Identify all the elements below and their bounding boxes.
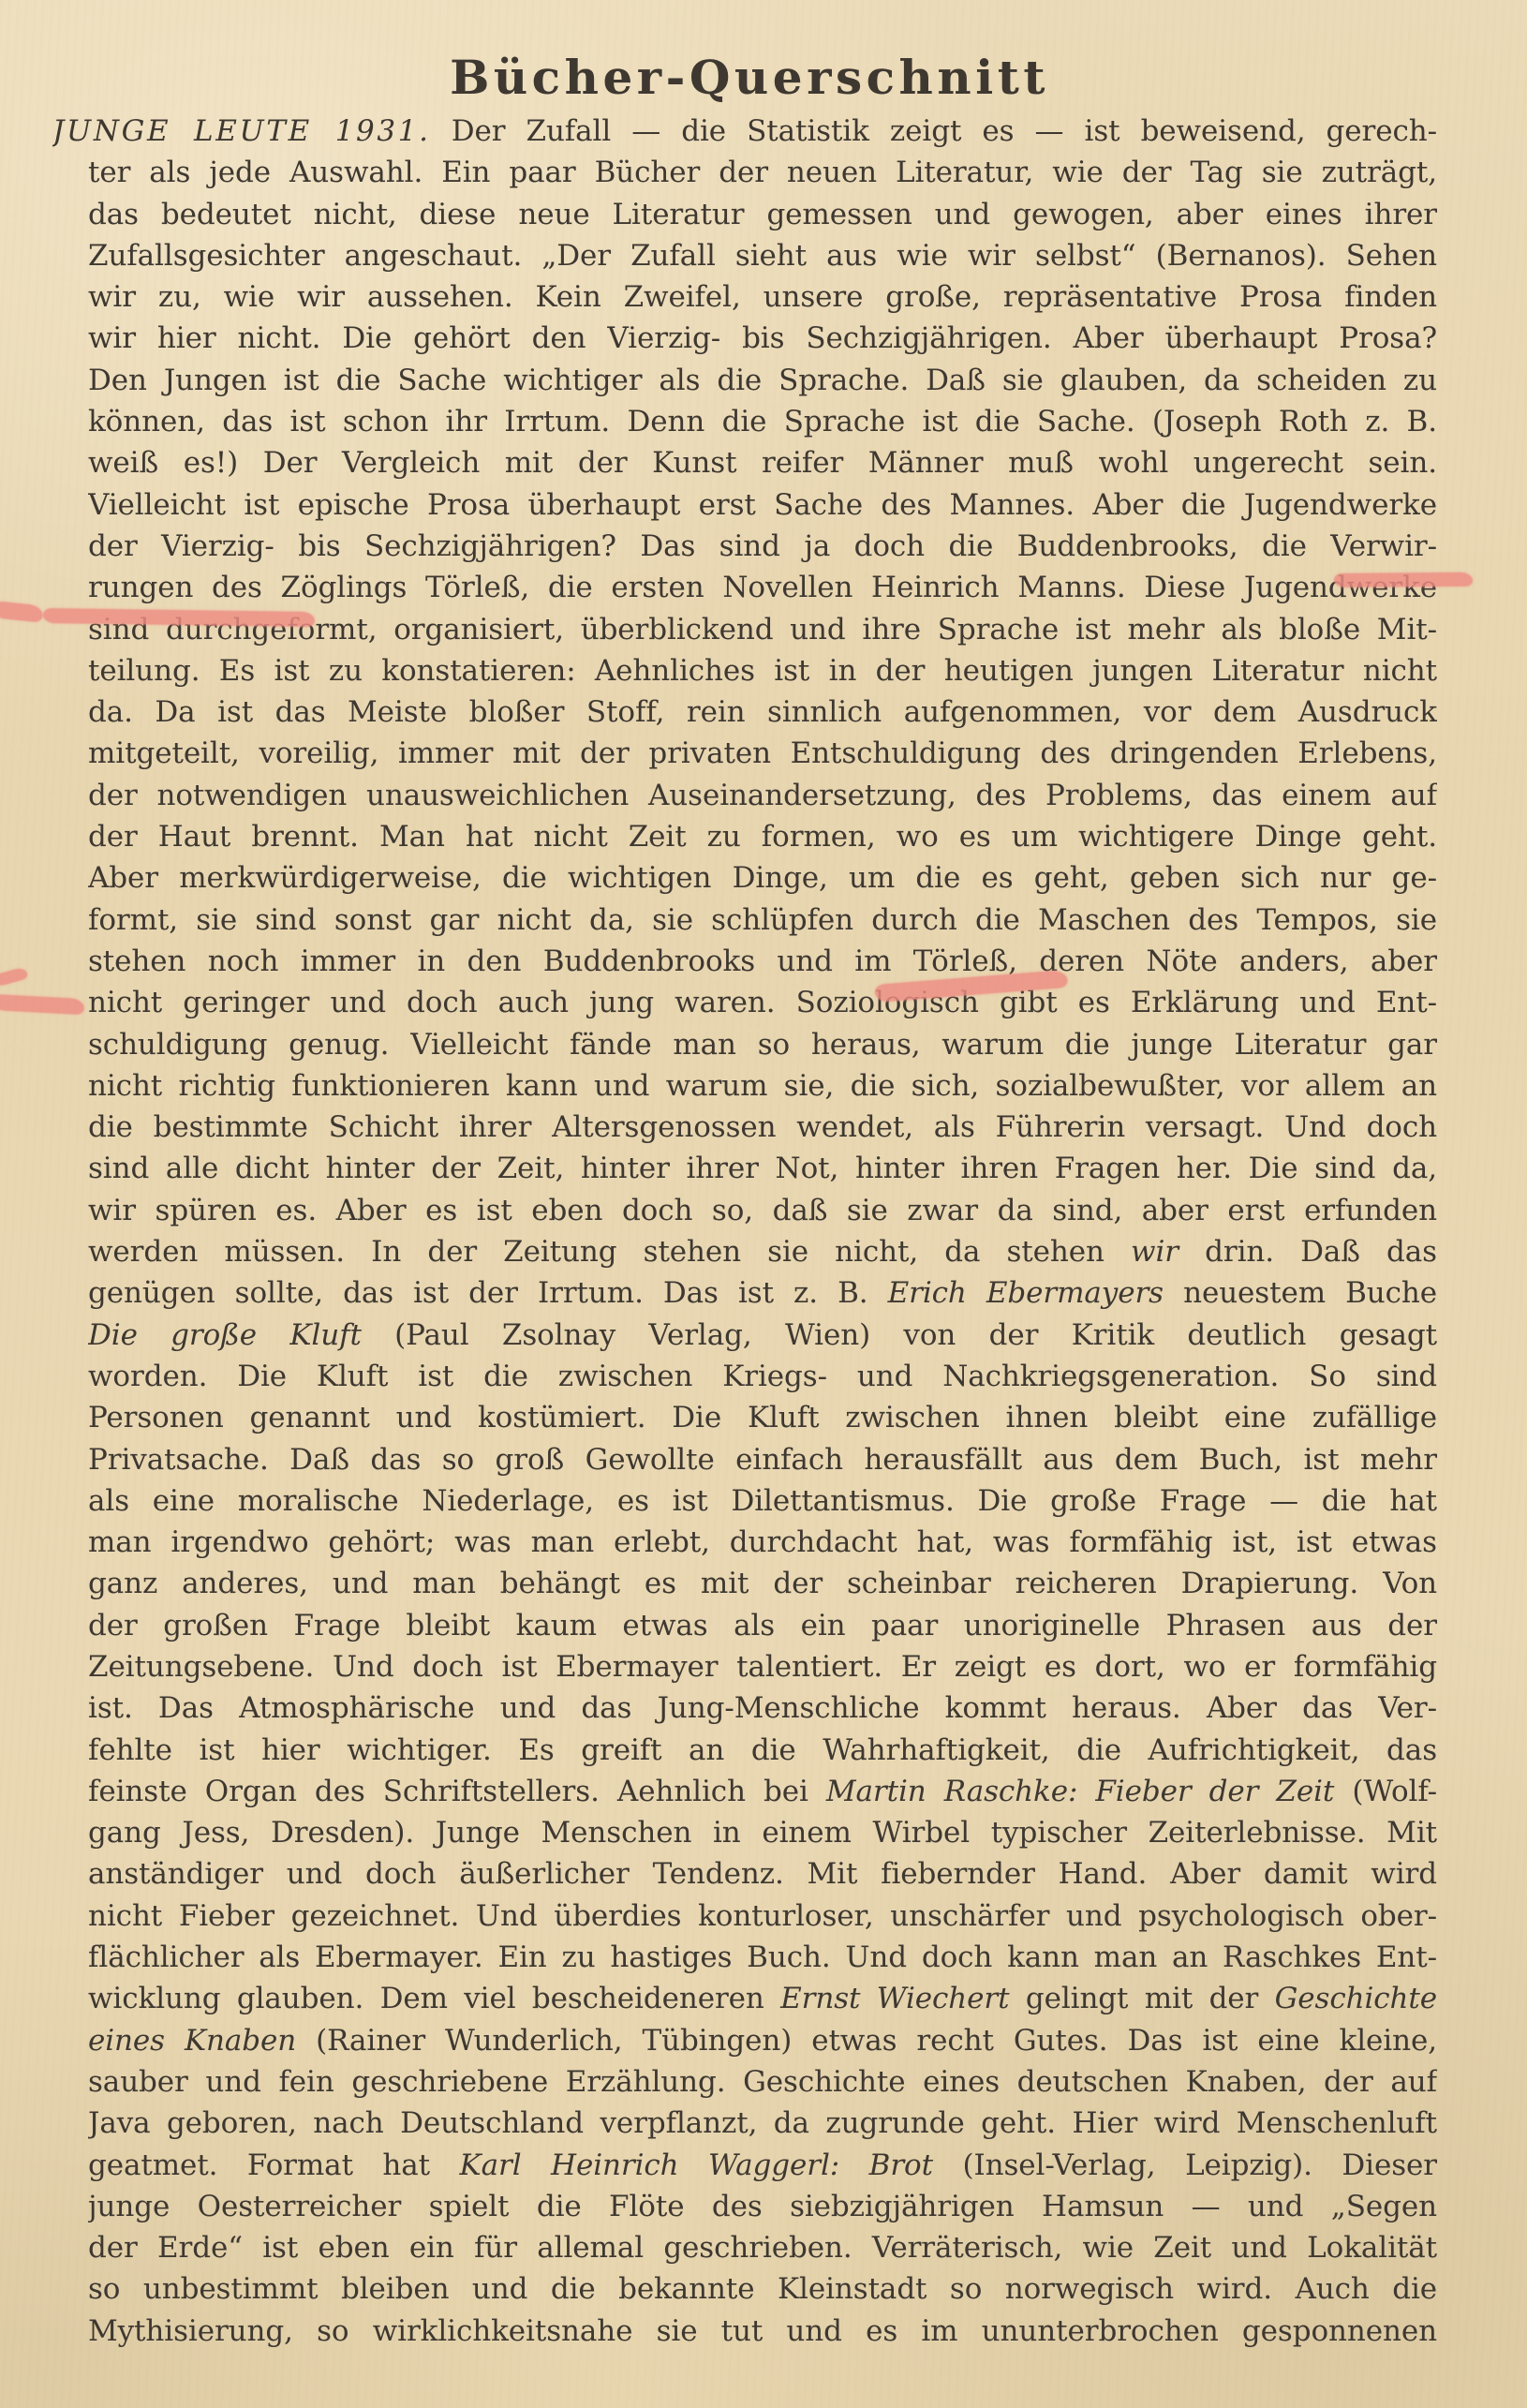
body-text-segment: der Erde“ ist eben ein für allemal gesch… <box>88 2231 1437 2265</box>
body-text-segment: flächlicher als Ebermayer. Ein zu hastig… <box>88 1940 1437 1974</box>
body-text-segment: junge Oesterreicher spielt die Flöte des… <box>88 2190 1437 2223</box>
body-text-segment: wir hier nicht. Die gehört den Vierzig- … <box>88 321 1437 355</box>
body-text-segment: ter als jede Auswahl. Ein paar Bücher de… <box>88 156 1437 189</box>
scanned-page: { "page": { "title": "Bücher-Querschnitt… <box>0 0 1527 2408</box>
body-text-segment: weiß es!) Der Vergleich mit der Kunst re… <box>88 446 1437 480</box>
text-line: stehen noch immer in den Buddenbrooks un… <box>88 941 1437 982</box>
text-line: nicht geringer und doch auch jung waren.… <box>88 982 1437 1023</box>
text-line: Mythisierung, so wirklichkeitsnahe sie t… <box>88 2311 1437 2352</box>
body-text-segment: die bestimmte Schicht ihrer Altersgenoss… <box>88 1110 1437 1144</box>
text-line: nicht richtig funktionieren kann und war… <box>88 1065 1437 1107</box>
text-line: der notwendigen unausweichlichen Auseina… <box>88 775 1437 816</box>
body-text-segment: Java geboren, nach Deutschland verpflanz… <box>88 2106 1437 2140</box>
text-line: man irgendwo gehört; was man erlebt, dur… <box>88 1522 1437 1563</box>
body-text-segment: der Haut brennt. Man hat nicht Zeit zu f… <box>88 820 1437 854</box>
body-text-segment: neuestem Buche <box>1164 1276 1437 1310</box>
italic-text: Ernst Wiechert <box>780 1982 1009 2015</box>
text-line: formt, sie sind sonst gar nicht da, sie … <box>88 899 1437 941</box>
text-line: Die große Kluft (Paul Zsolnay Verlag, Wi… <box>88 1315 1437 1356</box>
text-line: ter als jede Auswahl. Ein paar Bücher de… <box>88 152 1437 193</box>
body-text-segment: rungen des Zöglings Törleß, die ersten N… <box>88 571 1437 604</box>
text-line: gang Jess, Dresden). Junge Menschen in e… <box>88 1812 1437 1853</box>
body-text-segment: Aber merkwürdigerweise, die wichtigen Di… <box>88 861 1437 895</box>
red-pencil-margin-mark-1 <box>0 601 44 623</box>
text-line: sind alle dicht hinter der Zeit, hinter … <box>88 1148 1437 1189</box>
body-text-segment: nicht richtig funktionieren kann und war… <box>88 1069 1437 1103</box>
italic-text: Martin Raschke: Fieber der Zeit <box>826 1775 1334 1808</box>
body-text-segment: drin. Daß das <box>1179 1235 1437 1269</box>
body-text-segment: Zufallsgesichter angeschaut. „Der Zufall… <box>88 239 1437 273</box>
text-line: der großen Frage bleibt kaum etwas als e… <box>88 1605 1437 1646</box>
text-line: teilung. Es ist zu konstatieren: Aehnlic… <box>88 650 1437 691</box>
body-text-segment: (Insel-Verlag, Leipzig). Dieser <box>933 2148 1437 2182</box>
body-text-segment: gelingt mit der <box>1009 1982 1274 2015</box>
text-line: weiß es!) Der Vergleich mit der Kunst re… <box>88 442 1437 483</box>
text-line: der Vierzig- bis Sechzigjährigen? Das si… <box>88 526 1437 567</box>
text-line: wir spüren es. Aber es ist eben doch so,… <box>88 1190 1437 1231</box>
body-text-segment: teilung. Es ist zu konstatieren: Aehnlic… <box>88 654 1437 688</box>
body-text-segment: wir spüren es. Aber es ist eben doch so,… <box>88 1194 1437 1227</box>
text-line: Den Jungen ist die Sache wichtiger als d… <box>88 360 1437 401</box>
text-line: fehlte ist hier wichtiger. Es greift an … <box>88 1730 1437 1771</box>
body-text-segment: ist. Das Atmosphärische und das Jung-Men… <box>88 1691 1437 1725</box>
body-text-segment: sind alle dicht hinter der Zeit, hinter … <box>88 1152 1437 1185</box>
text-line: anständiger und doch äußerlicher Tendenz… <box>88 1853 1437 1895</box>
body-text-segment: (Rainer Wunderlich, Tübingen) etwas rech… <box>296 2024 1437 2058</box>
text-line: das bedeutet nicht, diese neue Literatur… <box>88 194 1437 235</box>
body-text-segment: Personen genannt und kostümiert. Die Klu… <box>88 1401 1437 1434</box>
text-line: wir zu, wie wir aussehen. Kein Zweifel, … <box>88 276 1437 318</box>
italic-text: Erich Ebermayers <box>888 1276 1164 1310</box>
body-text-segment: fehlte ist hier wichtiger. Es greift an … <box>88 1733 1437 1767</box>
text-line: Zeitungsebene. Und doch ist Ebermayer ta… <box>88 1646 1437 1687</box>
body-text-segment: schuldigung genug. Vielleicht fände man … <box>88 1028 1437 1062</box>
text-line: der Haut brennt. Man hat nicht Zeit zu f… <box>88 816 1437 857</box>
text-line: so unbestimmt bleiben und die bekannte K… <box>88 2268 1437 2310</box>
body-text-segment: wicklung glauben. Dem viel bescheidenere… <box>88 1982 780 2015</box>
body-text-segment: (Wolf- <box>1334 1775 1437 1808</box>
body-text-segment: Der Zufall — die Statistik zeigt es — is… <box>431 114 1437 148</box>
page-title: Bücher-Querschnitt <box>0 49 1499 107</box>
body-text-segment: Mythisierung, so wirklichkeitsnahe sie t… <box>88 2314 1437 2348</box>
body-text-segment: das bedeutet nicht, diese neue Literatur… <box>88 198 1437 231</box>
lead-caps-text: JUNGE LEUTE 1931. <box>52 114 431 148</box>
text-line: sind durchgeformt, organisiert, überblic… <box>88 609 1437 650</box>
text-line: mitgeteilt, voreilig, immer mit der priv… <box>88 733 1437 774</box>
text-line: können, das ist schon ihr Irrtum. Denn d… <box>88 401 1437 442</box>
body-text-segment: wir zu, wie wir aussehen. Kein Zweifel, … <box>88 280 1437 314</box>
italic-text: wir <box>1131 1235 1179 1269</box>
body-text-segment: genügen sollte, das ist der Irrtum. Das … <box>88 1276 888 1310</box>
text-line: eines Knaben (Rainer Wunderlich, Tübinge… <box>88 2020 1437 2061</box>
body-text-segment: feinste Organ des Schriftstellers. Aehnl… <box>88 1775 826 1808</box>
text-line: Privatsache. Daß das so groß Gewollte ei… <box>88 1439 1437 1480</box>
text-line: Personen genannt und kostümiert. Die Klu… <box>88 1397 1437 1438</box>
body-text-segment: anständiger und doch äußerlicher Tendenz… <box>88 1857 1437 1891</box>
italic-text: Geschichte <box>1275 1982 1437 2015</box>
body-text-segment: sauber und fein geschriebene Erzählung. … <box>88 2065 1437 2099</box>
text-line: worden. Die Kluft ist die zwischen Krieg… <box>88 1356 1437 1397</box>
text-line: sauber und fein geschriebene Erzählung. … <box>88 2061 1437 2103</box>
body-text-segment: der notwendigen unausweichlichen Auseina… <box>88 779 1437 812</box>
text-line: Java geboren, nach Deutschland verpflanz… <box>88 2103 1437 2144</box>
red-pencil-margin-mark-2a <box>0 966 28 987</box>
text-line: der Erde“ ist eben ein für allemal gesch… <box>88 2227 1437 2268</box>
text-line: da. Da ist das Meiste bloßer Stoff, rein… <box>88 691 1437 733</box>
body-text-segment: werden müssen. In der Zeitung stehen sie… <box>88 1235 1131 1269</box>
text-line: genügen sollte, das ist der Irrtum. Das … <box>88 1272 1437 1314</box>
italic-text: eines Knaben <box>88 2024 296 2058</box>
body-text-segment: so unbestimmt bleiben und die bekannte K… <box>88 2272 1437 2306</box>
text-line: wicklung glauben. Dem viel bescheidenere… <box>88 1978 1437 2019</box>
body-text-segment: der großen Frage bleibt kaum etwas als e… <box>88 1609 1437 1642</box>
text-line: als eine moralische Niederlage, es ist D… <box>88 1480 1437 1522</box>
body-text-segment: Privatsache. Daß das so groß Gewollte ei… <box>88 1443 1437 1477</box>
text-line: wir hier nicht. Die gehört den Vierzig- … <box>88 318 1437 359</box>
body-text: JUNGE LEUTE 1931. Der Zufall — die Stati… <box>88 111 1437 2352</box>
text-line: feinste Organ des Schriftstellers. Aehnl… <box>88 1771 1437 1812</box>
body-text-segment: mitgeteilt, voreilig, immer mit der priv… <box>88 736 1437 770</box>
text-line: rungen des Zöglings Törleß, die ersten N… <box>88 567 1437 608</box>
body-text-segment: ganz anderes, und man behängt es mit der… <box>88 1567 1437 1600</box>
body-text-segment: Vielleicht ist epische Prosa überhaupt e… <box>88 488 1437 522</box>
text-line: werden müssen. In der Zeitung stehen sie… <box>88 1231 1437 1272</box>
text-line: die bestimmte Schicht ihrer Altersgenoss… <box>88 1107 1437 1148</box>
text-line: geatmet. Format hat Karl Heinrich Wagger… <box>88 2145 1437 2186</box>
body-text-segment: geatmet. Format hat <box>88 2148 460 2182</box>
text-line: ist. Das Atmosphärische und das Jung-Men… <box>88 1687 1437 1729</box>
text-line: Aber merkwürdigerweise, die wichtigen Di… <box>88 857 1437 899</box>
body-text-segment: man irgendwo gehört; was man erlebt, dur… <box>88 1525 1437 1559</box>
text-line: ganz anderes, und man behängt es mit der… <box>88 1563 1437 1604</box>
body-text-segment: worden. Die Kluft ist die zwischen Krieg… <box>88 1360 1437 1393</box>
text-line: schuldigung genug. Vielleicht fände man … <box>88 1024 1437 1065</box>
body-text-segment: können, das ist schon ihr Irrtum. Denn d… <box>88 405 1437 438</box>
text-line: junge Oesterreicher spielt die Flöte des… <box>88 2186 1437 2227</box>
body-text-segment: nicht Fieber gezeichnet. Und überdies ko… <box>88 1899 1437 1933</box>
italic-text: Die große Kluft <box>88 1318 362 1352</box>
body-text-segment: da. Da ist das Meiste bloßer Stoff, rein… <box>88 695 1437 729</box>
body-text-segment: sind durchgeformt, organisiert, überblic… <box>88 613 1437 647</box>
body-text-segment: als eine moralische Niederlage, es ist D… <box>88 1484 1437 1518</box>
body-text-segment: nicht geringer und doch auch jung waren.… <box>88 986 1437 1019</box>
body-text-segment: gang Jess, Dresden). Junge Menschen in e… <box>88 1816 1437 1850</box>
body-text-segment: formt, sie sind sonst gar nicht da, sie … <box>88 903 1437 937</box>
body-text-segment: Zeitungsebene. Und doch ist Ebermayer ta… <box>88 1650 1437 1684</box>
red-pencil-margin-mark-2b <box>0 994 84 1015</box>
italic-text: Karl Heinrich Waggerl: Brot <box>460 2148 933 2182</box>
text-line: Vielleicht ist epische Prosa überhaupt e… <box>88 484 1437 526</box>
text-line: flächlicher als Ebermayer. Ein zu hastig… <box>88 1937 1437 1978</box>
body-text-segment: stehen noch immer in den Buddenbrooks un… <box>88 944 1437 978</box>
text-line: Zufallsgesichter angeschaut. „Der Zufall… <box>88 235 1437 276</box>
text-line: nicht Fieber gezeichnet. Und überdies ko… <box>88 1895 1437 1937</box>
body-text-segment: Den Jungen ist die Sache wichtiger als d… <box>88 364 1437 397</box>
text-line: JUNGE LEUTE 1931. Der Zufall — die Stati… <box>52 111 1437 152</box>
body-text-segment: der Vierzig- bis Sechzigjährigen? Das si… <box>88 529 1437 563</box>
body-text-segment: (Paul Zsolnay Verlag, Wien) von der Krit… <box>362 1318 1437 1352</box>
